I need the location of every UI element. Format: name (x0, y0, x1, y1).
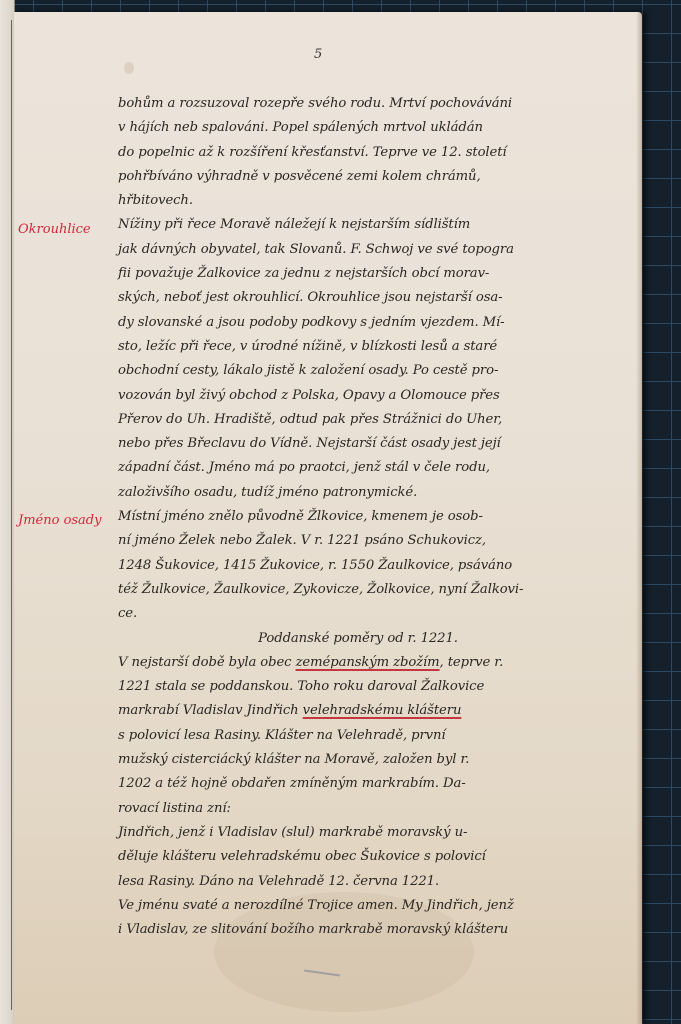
text-line: bohům a rozsuzoval rozepře svého rodu. M… (118, 92, 618, 116)
text-line: nebo přes Břeclavu do Vídně. Nejstarší č… (118, 432, 618, 456)
text-segment: V nejstarší době byla obec (118, 655, 296, 670)
text-line: hřbitovech. (118, 189, 618, 213)
text-line: V nejstarší době byla obec zemépanským z… (118, 651, 618, 675)
section-heading: Poddanské poměry od r. 1221. (118, 627, 618, 651)
margin-note-jmeno-osady: Jméno osady (18, 513, 101, 528)
text-line: Přerov do Uh. Hradiště, odtud pak přes S… (118, 408, 618, 432)
page-number: 5 (314, 47, 322, 62)
text-line: fii považuje Žalkovice za jednu z nejsta… (118, 262, 618, 286)
text-line: Nížiny při řece Moravě náležejí k nejsta… (118, 213, 618, 237)
text-segment: , teprve r. (440, 655, 504, 670)
red-underlined-phrase: zemépanským zbožím (296, 655, 440, 670)
text-line: Ve jménu svaté a nerozdílné Trojice amen… (118, 894, 618, 918)
text-line: ní jméno Želek nebo Žalek. V r. 1221 psá… (118, 529, 618, 553)
text-line: děluje klášteru velehradskému obec Šukov… (118, 845, 618, 869)
text-line: pohřbíváno výhradně v posvěcené zemi kol… (118, 165, 618, 189)
text-line: Jindřich, jenž i Vladislav (slul) markra… (118, 821, 618, 845)
text-line: vozován byl živý obchod z Polska, Opavy … (118, 384, 618, 408)
text-line: 1221 stala se poddanskou. Toho roku daro… (118, 675, 618, 699)
adjacent-page-edge (0, 0, 15, 1024)
handwritten-text-body: bohům a rozsuzoval rozepře svého rodu. M… (118, 92, 618, 942)
text-line: dy slovanské a jsou podoby podkovy s jed… (118, 311, 618, 335)
text-line: Místní jméno znělo původně Žlkovice, kme… (118, 505, 618, 529)
text-line: sto, ležíc při řece, v úrodné nížině, v … (118, 335, 618, 359)
binding-line (11, 20, 12, 1010)
text-line: obchodní cesty, lákalo jistě k založení … (118, 359, 618, 383)
text-line: jak dávných obyvatel, tak Slovanů. F. Sc… (118, 238, 618, 262)
text-line: ce. (118, 602, 618, 626)
text-line: markrabí Vladislav Jindřich velehradském… (118, 699, 618, 723)
text-line: ských, neboť jest okrouhlicí. Okrouhlice… (118, 286, 618, 310)
text-line: západní část. Jméno má po praotci, jenž … (118, 456, 618, 480)
margin-note-okrouhlice: Okrouhlice (18, 222, 91, 237)
text-line: s polovicí lesa Rasiny. Klášter na Veleh… (118, 724, 618, 748)
page-edge-shadow (636, 12, 642, 1024)
text-line: v hájích neb spalováni. Popel spálených … (118, 116, 618, 140)
text-line: do popelnic až k rozšíření křesťanství. … (118, 141, 618, 165)
red-underlined-phrase: velehradskému klášteru (303, 703, 462, 718)
text-segment: markrabí Vladislav Jindřich (118, 703, 303, 718)
text-line: rovací listina zní: (118, 797, 618, 821)
text-line: mužský cisterciácký klášter na Moravě, z… (118, 748, 618, 772)
text-line: 1248 Šukovice, 1415 Žukovice, r. 1550 Ža… (118, 554, 618, 578)
text-line: založivšího osadu, tudíž jméno patronymi… (118, 481, 618, 505)
paper-stain (124, 62, 134, 74)
text-line: 1202 a též hojně obdařen zmíněným markra… (118, 772, 618, 796)
text-line: lesa Rasiny. Dáno na Velehradě 12. červn… (118, 870, 618, 894)
text-line: i Vladislav, ze slitování božího markrab… (118, 918, 618, 942)
text-line: též Žulkovice, Žaulkovice, Zykovicze, Žo… (118, 578, 618, 602)
